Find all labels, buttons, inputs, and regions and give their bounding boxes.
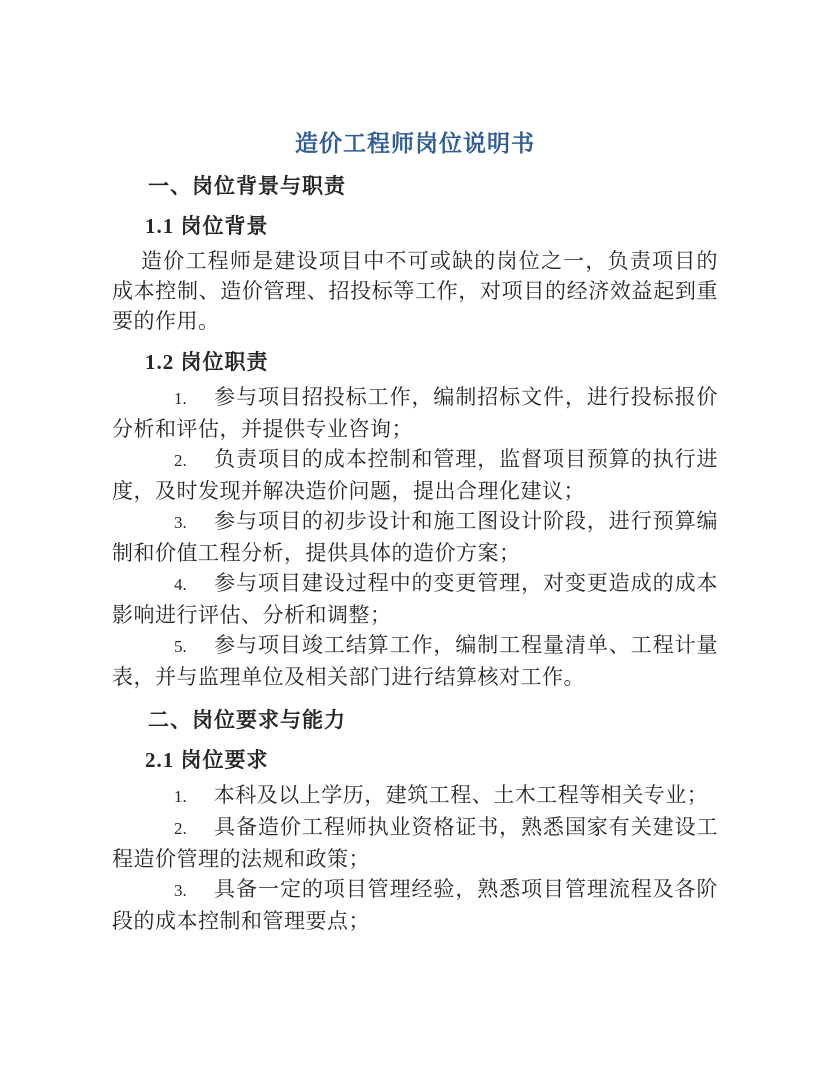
- duty-item: 5.参与项目竣工结算工作，编制工程量清单、工程计量表，并与监理单位及相关部门进行…: [112, 630, 718, 692]
- duty-item-text: 参与项目招投标工作，编制招标文件，进行投标报价分析和评估，并提供专业咨询；: [112, 385, 718, 441]
- section-1-1-heading: 1.1 岗位背景: [145, 212, 718, 240]
- requirement-item: 1.本科及以上学历，建筑工程、土木工程等相关专业；: [112, 780, 718, 812]
- background-paragraph: 造价工程师是建设项目中不可或缺的岗位之一，负责项目的成本控制、造价管理、招投标等…: [112, 246, 718, 336]
- duty-item-number: 5.: [174, 637, 187, 656]
- requirement-item: 2.具备造价工程师执业资格证书，熟悉国家有关建设工程造价管理的法规和政策；: [112, 812, 718, 874]
- section-2-heading: 二、岗位要求与能力: [148, 706, 718, 734]
- requirement-item-text: 具备造价工程师执业资格证书，熟悉国家有关建设工程造价管理的法规和政策；: [112, 815, 718, 871]
- requirement-item-number: 2.: [174, 819, 187, 838]
- duty-item-number: 2.: [174, 451, 187, 470]
- section-1-2-heading: 1.2 岗位职责: [145, 348, 718, 376]
- requirement-item-text: 具备一定的项目管理经验，熟悉项目管理流程及各阶段的成本控制和管理要点；: [112, 877, 718, 933]
- duty-item: 4.参与项目建设过程中的变更管理，对变更造成的成本影响进行评估、分析和调整；: [112, 568, 718, 630]
- duty-item-number: 3.: [174, 513, 187, 532]
- document-page: 造价工程师岗位说明书 一、岗位背景与职责 1.1 岗位背景 造价工程师是建设项目…: [0, 0, 834, 1080]
- section-2-1-heading: 2.1 岗位要求: [145, 746, 718, 774]
- duty-item-text: 参与项目的初步设计和施工图设计阶段，进行预算编制和价值工程分析，提供具体的造价方…: [112, 509, 718, 565]
- requirement-item: 3.具备一定的项目管理经验，熟悉项目管理流程及各阶段的成本控制和管理要点；: [112, 874, 718, 936]
- duty-item-number: 4.: [174, 575, 187, 594]
- requirements-list: 1.本科及以上学历，建筑工程、土木工程等相关专业； 2.具备造价工程师执业资格证…: [112, 780, 718, 936]
- duty-item-text: 负责项目的成本控制和管理，监督项目预算的执行进度，及时发现并解决造价问题，提出合…: [112, 447, 718, 503]
- duty-item: 2.负责项目的成本控制和管理，监督项目预算的执行进度，及时发现并解决造价问题，提…: [112, 444, 718, 506]
- duty-item: 1.参与项目招投标工作，编制招标文件，进行投标报价分析和评估，并提供专业咨询；: [112, 382, 718, 444]
- document-title: 造价工程师岗位说明书: [112, 130, 718, 158]
- requirement-item-text: 本科及以上学历，建筑工程、土木工程等相关专业；: [214, 783, 709, 807]
- duties-list: 1.参与项目招投标工作，编制招标文件，进行投标报价分析和评估，并提供专业咨询； …: [112, 382, 718, 692]
- duty-item: 3.参与项目的初步设计和施工图设计阶段，进行预算编制和价值工程分析，提供具体的造…: [112, 506, 718, 568]
- duty-item-text: 参与项目建设过程中的变更管理，对变更造成的成本影响进行评估、分析和调整；: [112, 571, 718, 627]
- requirement-item-number: 3.: [174, 881, 187, 900]
- section-1-heading: 一、岗位背景与职责: [148, 172, 718, 200]
- duty-item-text: 参与项目竣工结算工作，编制工程量清单、工程计量表，并与监理单位及相关部门进行结算…: [112, 633, 718, 689]
- requirement-item-number: 1.: [174, 787, 187, 806]
- duty-item-number: 1.: [174, 389, 187, 408]
